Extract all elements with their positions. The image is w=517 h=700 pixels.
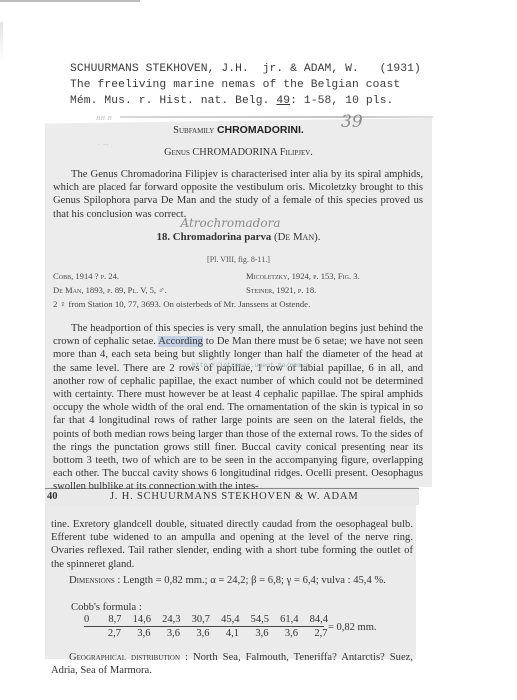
cobb-value: 54,5 xyxy=(240,614,270,625)
cobb-value: 14,6 xyxy=(122,614,152,625)
running-head-authors: J. H. SCHUURMANS STEKHOVEN & W. ADAM xyxy=(110,490,358,503)
material-examined: 2 ♀ from Station 10, 77, 3693. On oister… xyxy=(53,298,423,311)
cobb-total: = 0,82 mm. xyxy=(328,622,377,633)
continuation-paragraph: tine. Exretory glandcell double, situate… xyxy=(51,518,413,571)
subfamily-heading: Subfamily CHROMADORINI. xyxy=(45,124,432,137)
cobb-value: 3,6 xyxy=(151,628,181,639)
divider xyxy=(120,116,433,118)
cobb-value: 3,6 xyxy=(239,628,269,639)
handwritten-genus-note: Atrochromadora xyxy=(0,216,517,230)
citation-title: The freeliving marine nemas of the Belgi… xyxy=(70,79,400,91)
cobb-denominator: 2,73,63,63,64,13,63,62,7 xyxy=(84,628,328,639)
cobb-value: 45,4 xyxy=(210,614,240,625)
dimensions-paragraph: Dimensions : Length = 0,82 mm.; α = 24,2… xyxy=(51,574,413,587)
reference-row: Cobb, 1914 ? p. 24. Micoletzky, 1924, p.… xyxy=(53,270,423,284)
fraction-bar xyxy=(84,626,324,627)
highlighted-word: According xyxy=(158,336,203,347)
cobb-value: 8,7 xyxy=(92,614,122,625)
cobb-formula: 08,714,624,330,745,454,561,484,4 2,73,63… xyxy=(84,614,328,639)
subfamily-name: CHROMADORINI. xyxy=(217,124,304,136)
cobb-value: 3,6 xyxy=(269,628,299,639)
geographical-distribution: Geographical distribution : North Sea, F… xyxy=(51,651,413,677)
scan-edge-shadow-left xyxy=(0,22,3,62)
cobb-value: 30,7 xyxy=(181,614,211,625)
cobb-value: 84,4 xyxy=(299,614,329,625)
cobb-value: 2,7 xyxy=(298,628,328,639)
references-list: Cobb, 1914 ? p. 24. Micoletzky, 1924, p.… xyxy=(53,270,423,297)
cobb-value: 24,3 xyxy=(151,614,181,625)
intro-paragraph: The Genus Chromadorina Filipjev is chara… xyxy=(53,168,423,221)
cobb-value: 2,7 xyxy=(84,628,121,639)
citation-block: SCHUURMANS STEKHOVEN, J.H. jr. & ADAM, W… xyxy=(70,61,421,109)
citation-volume: 49 xyxy=(276,95,290,107)
description-paragraph: The headportion of this species is very … xyxy=(53,322,423,494)
handwritten-margin-mark: ʜʜ ʜ xyxy=(96,114,112,122)
cobb-value: 61,4 xyxy=(269,614,299,625)
cobb-value: 4,1 xyxy=(210,628,240,639)
cobb-value: 0 xyxy=(84,614,92,625)
species-title: 18. Chromadorina parva (De Man). xyxy=(45,231,432,244)
watermark-url: http://intramar.ugent.be/nemys/ xyxy=(192,362,313,369)
cobb-formula-label: Cobb's formula : xyxy=(71,601,142,614)
reference-row: De Man, 1893, p. 89, Pl. V, 5, ♂. Steine… xyxy=(53,284,423,298)
scan-edge-shadow xyxy=(0,0,140,2)
cobb-numerator: 08,714,624,330,745,454,561,484,4 xyxy=(84,614,328,625)
cobb-value: 3,6 xyxy=(180,628,210,639)
species-name: Chromadorina parva xyxy=(173,231,271,243)
citation-authors: SCHUURMANS STEKHOVEN, J.H. jr. & ADAM, W… xyxy=(70,63,421,75)
genus-name: CHROMADORINA xyxy=(192,147,277,158)
cobb-value: 3,6 xyxy=(121,628,151,639)
citation-journal: Mém. Mus. r. Hist. nat. Belg. 49: 1-58, … xyxy=(70,95,393,107)
plate-reference: [Pl. VIII, fig. 8-11.] xyxy=(45,253,432,266)
genus-heading: Genus CHROMADORINA Filipjev. xyxy=(45,146,432,159)
page-number: 40 xyxy=(47,490,58,503)
